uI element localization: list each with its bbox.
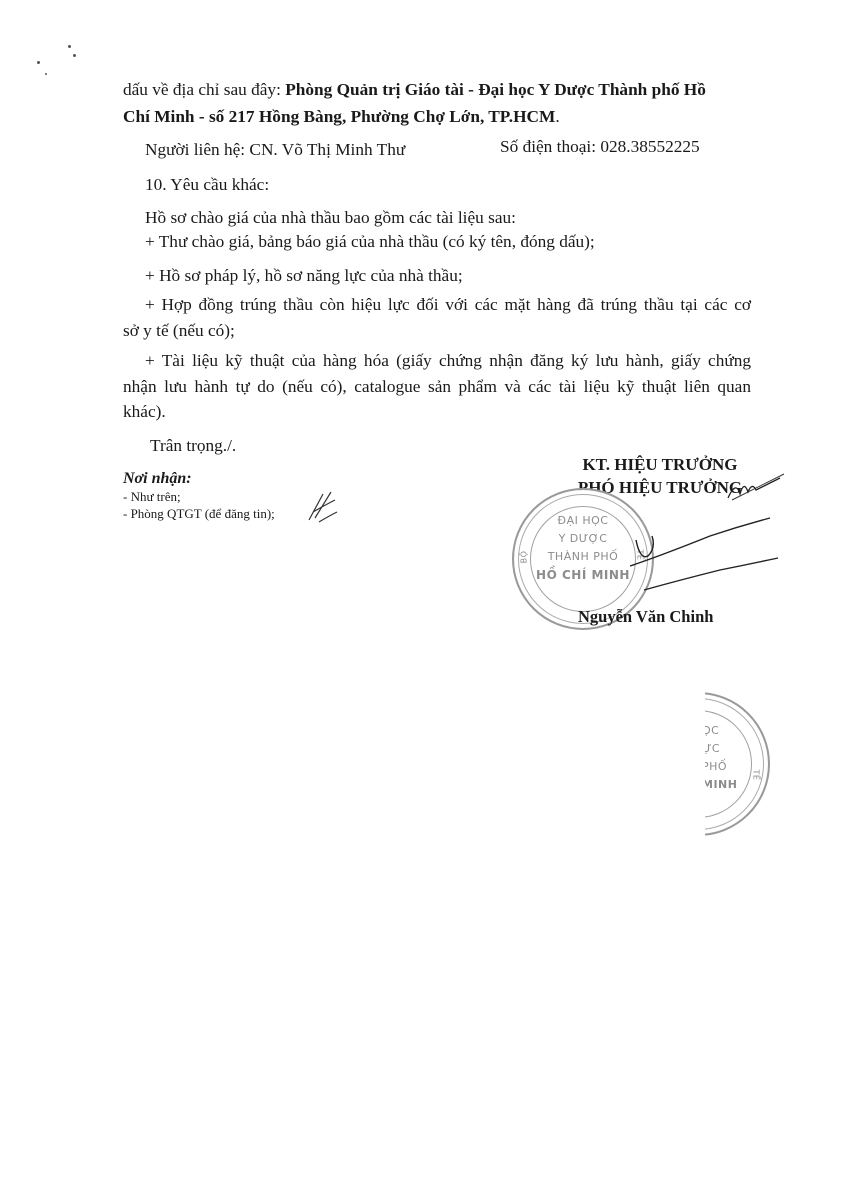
list-item: + Hợp đồng trúng thầu còn hiệu lực đối v…: [145, 295, 751, 315]
contact-phone: Số điện thoại: 028.38552225: [500, 137, 700, 157]
contact-person: Người liên hệ: CN. Võ Thị Minh Thư: [145, 140, 405, 160]
address-line-2: Chí Minh - số 217 Hồng Bàng, Phường Chợ …: [123, 107, 560, 127]
list-item-continued: nhận lưu hành tự do (nếu có), catalogue …: [123, 377, 751, 397]
signer-name: Nguyễn Văn Chinh: [578, 607, 713, 627]
list-item-continued: sở y tế (nếu có);: [123, 321, 235, 341]
list-item-continued: khác).: [123, 402, 166, 422]
recipients-title: Nơi nhận:: [123, 470, 192, 488]
section-title: 10. Yêu cầu khác:: [145, 175, 269, 195]
handwritten-signature: [600, 470, 800, 610]
initials-mark: [305, 490, 345, 525]
list-item: + Tài liệu kỹ thuật của hàng hóa (giấy c…: [145, 351, 751, 371]
list-item: + Thư chào giá, bảng báo giá của nhà thầ…: [145, 232, 595, 252]
address-bold: Phòng Quản trị Giáo tài - Đại học Y Dược…: [285, 80, 706, 99]
recipient-item: - Phòng QTGT (để đăng tin);: [123, 506, 275, 522]
list-item: + Hồ sơ pháp lý, hồ sơ năng lực của nhà …: [145, 266, 463, 286]
intro-text: Hồ sơ chào giá của nhà thầu bao gồm các …: [145, 208, 516, 228]
recipient-item: - Như trên;: [123, 489, 181, 505]
address-line-1: dấu về địa chỉ sau đây: Phòng Quản trị G…: [123, 80, 706, 100]
partial-stamp: ỌC ỰC PHỐ MINH TẾ: [630, 690, 780, 840]
closing-text: Trân trọng./.: [150, 436, 236, 456]
